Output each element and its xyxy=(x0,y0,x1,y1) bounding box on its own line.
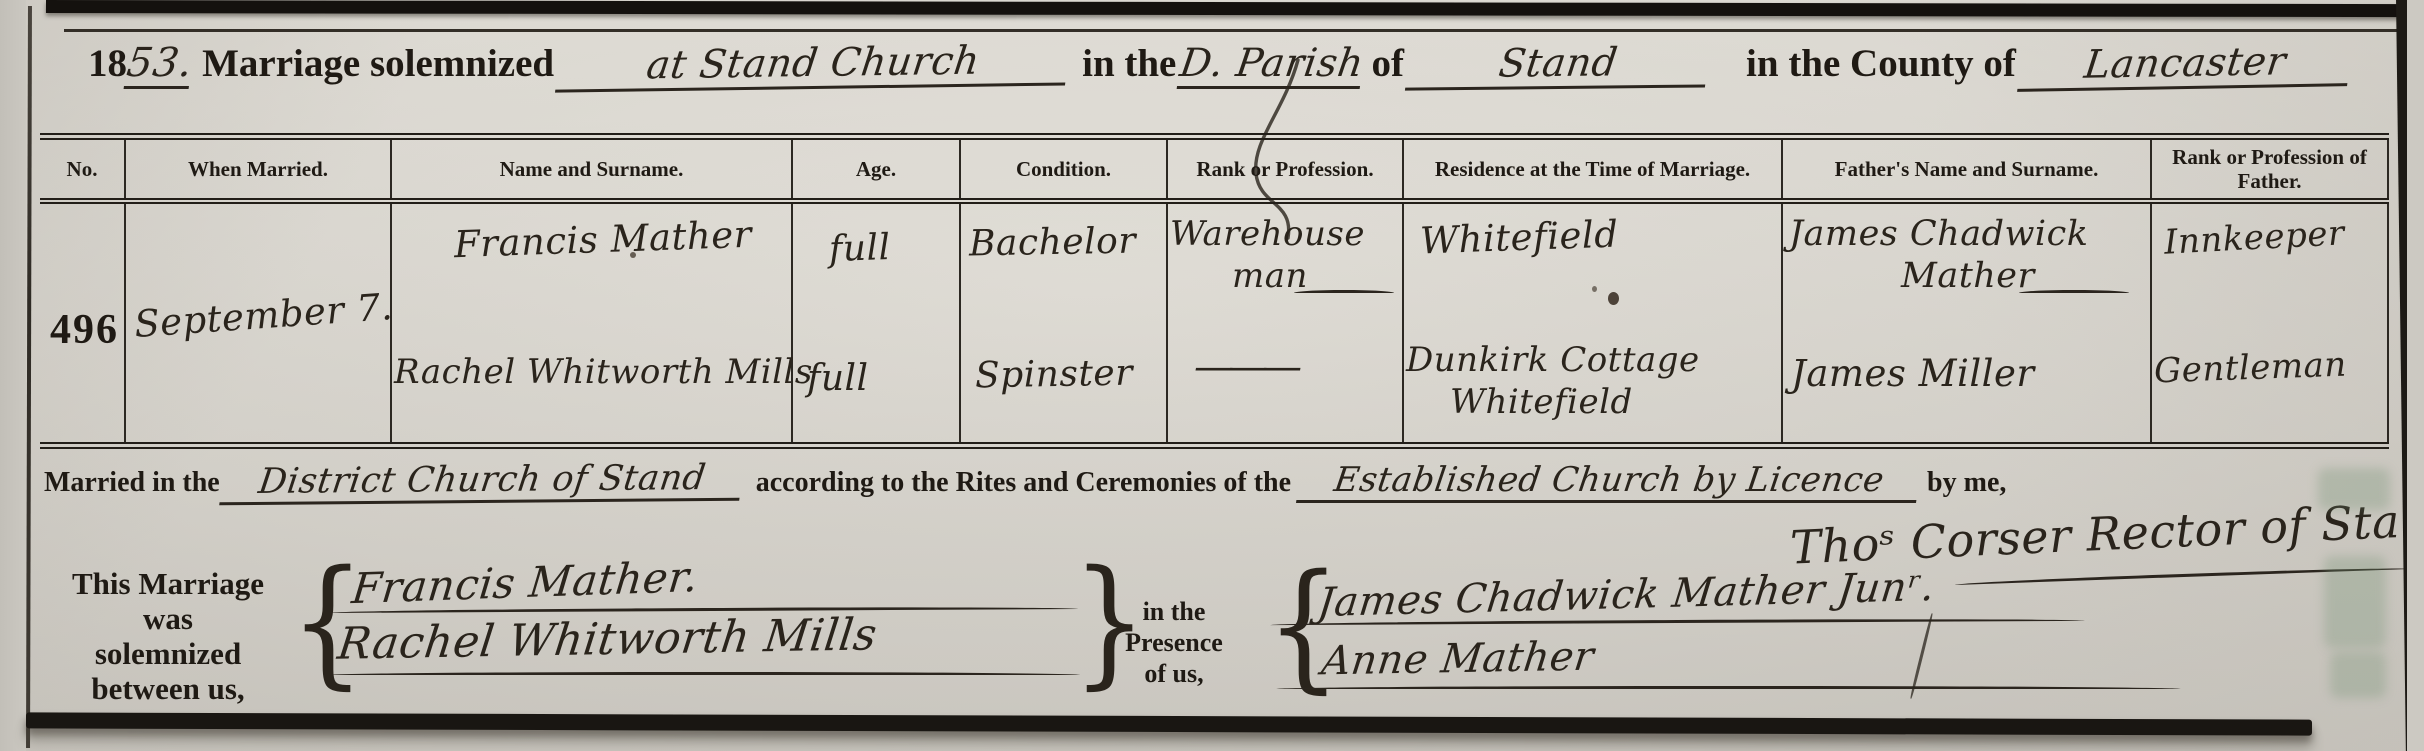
bride-age-entry: full xyxy=(807,358,869,399)
col-header-residence: Residence at the Time of Marriage. xyxy=(1404,140,1783,198)
groom-signature: Francis Mather. xyxy=(350,552,701,613)
cell-father-professions: Innkeeper Gentleman xyxy=(2152,204,2389,442)
bride-father-entry: James Miller xyxy=(1791,352,2035,395)
ink-blot xyxy=(630,252,636,258)
table-header-row: No. When Married. Name and Surname. Age.… xyxy=(40,133,2389,204)
record-row: 496 September 7. Francis Mather Rachel W… xyxy=(40,204,2389,449)
title-in-the: in the xyxy=(1082,41,1176,86)
title-place-written: at Stand Church xyxy=(555,37,1071,92)
bride-residence-line1: Dunkirk Cottage xyxy=(1406,340,1700,380)
right-outer-margin xyxy=(2407,0,2424,751)
attestation-label-line: between us, xyxy=(44,671,292,706)
title-of: of xyxy=(1372,41,1405,86)
marriage-register-page: 1853. Marriage solemnized at Stand Churc… xyxy=(0,0,2424,751)
bottom-border-band xyxy=(26,712,2312,735)
bleed-through-text xyxy=(2324,556,2386,648)
title-year-prefix: 18 xyxy=(88,41,127,86)
presence-label: in the Presence of us, xyxy=(1114,596,1234,689)
top-border-band xyxy=(46,0,2424,17)
witness-signature-1: James Chadwick Mather Junʳ. xyxy=(1315,564,1937,626)
presence-label-line: in the xyxy=(1114,596,1234,627)
col-header-father-profession: Rank or Profession of Father. xyxy=(2152,140,2389,198)
bride-residence-line2: Whitefield xyxy=(1450,382,1633,422)
title-solemnized: Marriage solemnized xyxy=(202,41,554,86)
witness-signature-line-2 xyxy=(1276,686,2181,689)
pen-stroke xyxy=(2019,290,2129,293)
title-county-written: Lancaster xyxy=(2017,38,2353,92)
title-line: 1853. Marriage solemnized at Stand Churc… xyxy=(88,40,2350,89)
bleed-through-text xyxy=(2330,652,2386,698)
bride-name-entry: Rachel Whitworth Mills xyxy=(394,352,813,392)
register-table: No. When Married. Name and Surname. Age.… xyxy=(40,133,2389,449)
top-rule-line xyxy=(64,29,2424,32)
church-written: District Church of Stand xyxy=(219,458,745,506)
cell-father-names: James Chadwick Mather James Miller xyxy=(1783,204,2152,442)
col-header-age: Age. xyxy=(793,140,961,198)
col-header-father-name: Father's Name and Surname. xyxy=(1783,140,2152,198)
bride-signature: Rachel Whitworth Mills xyxy=(335,609,880,670)
col-header-rank-profession: Rank or Profession. xyxy=(1168,140,1404,198)
groom-profession-line1: Warehouse xyxy=(1170,214,1365,254)
col-header-name-surname: Name and Surname. xyxy=(392,140,793,198)
presence-label-line: Presence xyxy=(1114,627,1234,658)
groom-condition-entry: Bachelor xyxy=(969,221,1137,265)
groom-profession-line2: man xyxy=(1232,256,1308,296)
page-fold-line xyxy=(26,6,32,748)
cell-residences: Whitefield Dunkirk Cottage Whitefield xyxy=(1404,204,1783,442)
when-married-entry: September 7. xyxy=(133,285,394,346)
rites-label: according to the Rites and Ceremonies of… xyxy=(756,467,1291,499)
cell-names: Francis Mather Rachel Whitworth Mills xyxy=(392,204,793,442)
attestation-label-line: was xyxy=(44,601,292,636)
col-header-no: No. xyxy=(40,140,126,198)
presence-label-line: of us, xyxy=(1114,658,1234,689)
attestation-label-line: This Marriage xyxy=(44,566,292,601)
witness-signature-2: Anne Mather xyxy=(1319,634,1596,685)
groom-residence-entry: Whitefield xyxy=(1419,213,1619,263)
attestation-label: This Marriage was solemnized between us, xyxy=(44,566,292,706)
groom-father-profession-entry: Innkeeper xyxy=(2163,213,2346,262)
bride-father-profession-entry: Gentleman xyxy=(2153,345,2347,392)
rites-written: Established Church by Licence xyxy=(1296,460,1922,503)
by-me-label: by me, xyxy=(1927,467,2006,499)
col-header-when-married: When Married. xyxy=(126,140,392,198)
cell-no: 496 xyxy=(40,204,126,442)
groom-name-entry: Francis Mather xyxy=(453,213,752,266)
ink-blot xyxy=(1608,292,1619,305)
title-parish-written: Stand xyxy=(1405,39,1711,90)
bride-profession-mark: ——— xyxy=(1194,344,1296,390)
page-left-margin xyxy=(0,0,26,751)
col-header-condition: Condition. xyxy=(961,140,1168,198)
record-number: 496 xyxy=(50,306,119,354)
cell-when-married: September 7. xyxy=(126,204,392,442)
groom-father-line1: James Chadwick xyxy=(1789,214,2088,254)
title-county-label: in the County of xyxy=(1746,41,2016,86)
cell-professions: Warehouse man ——— xyxy=(1168,204,1404,442)
married-in-the-label: Married in the xyxy=(44,467,220,499)
ink-blot xyxy=(1592,286,1597,292)
title-year-written: 53. xyxy=(124,40,196,89)
pen-stroke xyxy=(1294,290,1394,293)
bride-condition-entry: Spinster xyxy=(975,353,1134,397)
bride-signature-line xyxy=(330,672,1080,675)
cell-ages: full full xyxy=(793,204,961,442)
groom-father-line2: Mather xyxy=(1901,256,2035,296)
groom-age-entry: full xyxy=(828,227,891,270)
ceremony-statement: Married in the District Church of Stand … xyxy=(44,460,2006,503)
bleed-through-text xyxy=(2318,468,2390,510)
attestation-label-line: solemnized xyxy=(44,636,292,671)
cell-conditions: Bachelor Spinster xyxy=(961,204,1168,442)
